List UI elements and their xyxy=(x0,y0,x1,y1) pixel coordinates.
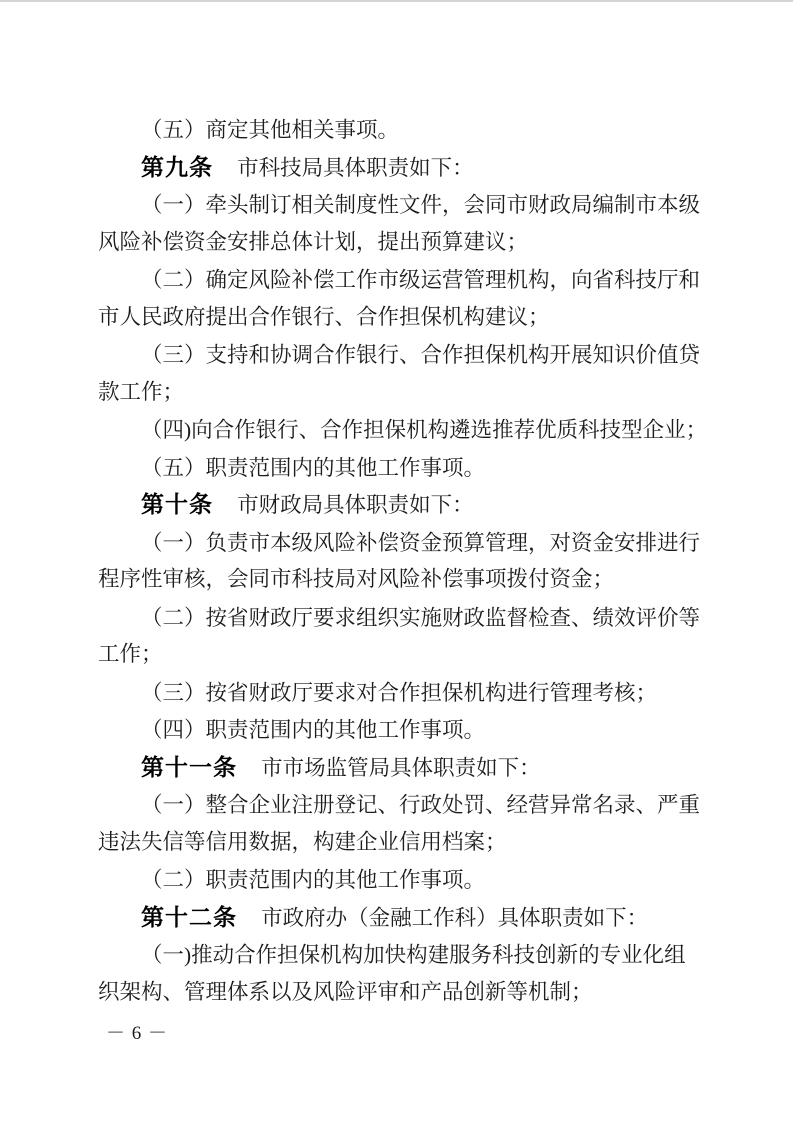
paragraph-first-line: （二）确定风险补偿工作市级运营管理机构，向省科技厅和 xyxy=(98,261,704,299)
line-text: （二）按省财政厅要求组织实施财政监督检查、绩效评价等 xyxy=(141,606,700,630)
paragraph-first-line: （一）负责市本级风险补偿资金预算管理，对资金安排进行 xyxy=(98,524,704,562)
line-text: 风险补偿资金安排总体计划，提出预算建议； xyxy=(98,230,528,254)
document-body: （五）商定其他相关事项。第九条市科技局具体职责如下：（一）牵头制订相关制度性文件… xyxy=(98,111,704,1011)
line-text: 程序性审核，会同市科技局对风险补偿事项拨付资金； xyxy=(98,567,614,591)
paragraph-first-line: （五）职责范围内的其他工作事项。 xyxy=(98,449,704,487)
paragraph: （二）职责范围内的其他工作事项。 xyxy=(98,861,704,899)
paragraph-wrap-line: 程序性审核，会同市科技局对风险补偿事项拨付资金； xyxy=(98,561,704,599)
paragraph: （四)向合作银行、合作担保机构遴选推荐优质科技型企业； xyxy=(98,411,704,449)
paragraph-first-line: （三）按省财政厅要求对合作担保机构进行管理考核； xyxy=(98,674,704,712)
paragraph-wrap-line: 市人民政府提出合作银行、合作担保机构建议； xyxy=(98,299,704,337)
line-text: （二）确定风险补偿工作市级运营管理机构，向省科技厅和 xyxy=(141,268,700,292)
paragraph-first-line: （四）职责范围内的其他工作事项。 xyxy=(98,711,704,749)
paragraph: 第十二条市政府办（金融工作科）具体职责如下： xyxy=(98,899,704,937)
line-text: （一）整合企业注册登记、行政处罚、经营异常名录、严重 xyxy=(141,793,700,817)
page-number: － 6 － xyxy=(106,1022,168,1046)
paragraph: （五）职责范围内的其他工作事项。 xyxy=(98,449,704,487)
line-text: （四)向合作银行、合作担保机构遴选推荐优质科技型企业； xyxy=(141,418,707,442)
line-text: （二）职责范围内的其他工作事项。 xyxy=(141,868,485,892)
paragraph-wrap-line: 款工作； xyxy=(98,374,704,412)
line-text: （四）职责范围内的其他工作事项。 xyxy=(141,718,485,742)
line-text: 市政府办（金融工作科）具体职责如下： xyxy=(261,906,648,930)
line-text: （五）商定其他相关事项。 xyxy=(141,118,399,142)
paragraph-first-line: （二）职责范围内的其他工作事项。 xyxy=(98,861,704,899)
line-text: （一)推动合作担保机构加快构建服务科技创新的专业化组 xyxy=(141,943,686,967)
paragraph: （一)推动合作担保机构加快构建服务科技创新的专业化组织架构、管理体系以及风险评审… xyxy=(98,936,704,1011)
line-text: （三）支持和协调合作银行、合作担保机构开展知识价值贷 xyxy=(141,343,700,367)
line-text: 市市场监管局具体职责如下： xyxy=(261,756,541,780)
paragraph-wrap-line: 违法失信等信用数据，构建企业信用档案； xyxy=(98,824,704,862)
line-text: 市财政局具体职责如下： xyxy=(237,493,474,517)
article-number: 第十二条 xyxy=(141,905,237,930)
paragraph-wrap-line: 织架构、管理体系以及风险评审和产品创新等机制； xyxy=(98,974,704,1012)
paragraph-first-line: （一)推动合作担保机构加快构建服务科技创新的专业化组 xyxy=(98,936,704,974)
paragraph-first-line: 第十二条市政府办（金融工作科）具体职责如下： xyxy=(98,899,704,937)
paragraph: 第十一条市市场监管局具体职责如下： xyxy=(98,749,704,787)
line-text: 织架构、管理体系以及风险评审和产品创新等机制； xyxy=(98,980,593,1004)
paragraph: 第十条市财政局具体职责如下： xyxy=(98,486,704,524)
paragraph: （一）负责市本级风险补偿资金预算管理，对资金安排进行程序性审核，会同市科技局对风… xyxy=(98,524,704,599)
line-text: （五）职责范围内的其他工作事项。 xyxy=(141,456,485,480)
paragraph: （四）职责范围内的其他工作事项。 xyxy=(98,711,704,749)
paragraph-first-line: （一）牵头制订相关制度性文件，会同市财政局编制市本级 xyxy=(98,186,704,224)
paragraph: 第九条市科技局具体职责如下： xyxy=(98,149,704,187)
article-number: 第十一条 xyxy=(141,755,237,780)
paragraph: （三）按省财政厅要求对合作担保机构进行管理考核； xyxy=(98,674,704,712)
line-text: （一）负责市本级风险补偿资金预算管理，对资金安排进行 xyxy=(141,531,700,555)
paragraph: （一）牵头制订相关制度性文件，会同市财政局编制市本级风险补偿资金安排总体计划，提… xyxy=(98,186,704,261)
paragraph-first-line: （四)向合作银行、合作担保机构遴选推荐优质科技型企业； xyxy=(98,411,704,449)
paragraph: （二）按省财政厅要求组织实施财政监督检查、绩效评价等工作； xyxy=(98,599,704,674)
paragraph-first-line: 第十条市财政局具体职责如下： xyxy=(98,486,704,524)
paragraph-wrap-line: 工作； xyxy=(98,636,704,674)
article-number: 第九条 xyxy=(141,155,213,180)
line-text: （一）牵头制订相关制度性文件，会同市财政局编制市本级 xyxy=(141,193,700,217)
document-page: （五）商定其他相关事项。第九条市科技局具体职责如下：（一）牵头制订相关制度性文件… xyxy=(0,0,793,1124)
line-text: 市人民政府提出合作银行、合作担保机构建议； xyxy=(98,305,550,329)
paragraph-wrap-line: 风险补偿资金安排总体计划，提出预算建议； xyxy=(98,224,704,262)
paragraph: （二）确定风险补偿工作市级运营管理机构，向省科技厅和市人民政府提出合作银行、合作… xyxy=(98,261,704,336)
paragraph: （三）支持和协调合作银行、合作担保机构开展知识价值贷款工作； xyxy=(98,336,704,411)
article-number: 第十条 xyxy=(141,492,213,517)
line-text: 市科技局具体职责如下： xyxy=(237,156,474,180)
paragraph-first-line: （一）整合企业注册登记、行政处罚、经营异常名录、严重 xyxy=(98,786,704,824)
line-text: 工作； xyxy=(98,642,163,666)
paragraph-first-line: 第九条市科技局具体职责如下： xyxy=(98,149,704,187)
paragraph-first-line: （五）商定其他相关事项。 xyxy=(98,111,704,149)
paragraph-first-line: （三）支持和协调合作银行、合作担保机构开展知识价值贷 xyxy=(98,336,704,374)
paragraph: （一）整合企业注册登记、行政处罚、经营异常名录、严重违法失信等信用数据，构建企业… xyxy=(98,786,704,861)
line-text: 违法失信等信用数据，构建企业信用档案； xyxy=(98,830,507,854)
line-text: 款工作； xyxy=(98,380,184,404)
paragraph-first-line: 第十一条市市场监管局具体职责如下： xyxy=(98,749,704,787)
paragraph-first-line: （二）按省财政厅要求组织实施财政监督检查、绩效评价等 xyxy=(98,599,704,637)
paragraph: （五）商定其他相关事项。 xyxy=(98,111,704,149)
line-text: （三）按省财政厅要求对合作担保机构进行管理考核； xyxy=(141,681,657,705)
